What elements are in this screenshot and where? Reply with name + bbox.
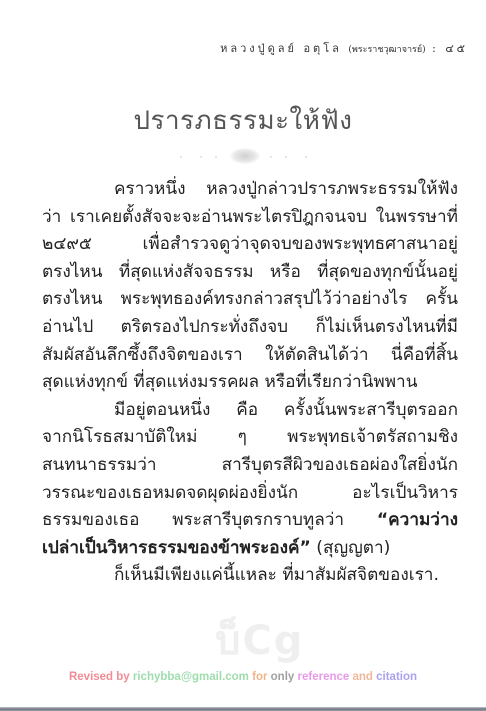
paragraph-line: สัมผัสอันลึกซึ้งถึงจิตของเรา ให้ตัดสินได… bbox=[42, 342, 458, 370]
paragraph-line: สนทนาธรรมว่า สารีบุตรสีผิวของเธอผ่องใสยิ… bbox=[42, 452, 458, 480]
paragraph-line: สุดแห่งทุกข์ ที่สุดแห่งมรรคผล หรือที่เรี… bbox=[42, 369, 458, 397]
running-title: หลวงปู่ดูลย์ อตุโล bbox=[220, 42, 342, 55]
paragraph-line: เปล่าเป็นวิหารธรรมของข้าพระองค์” (สุญญตา… bbox=[42, 535, 458, 563]
revision-credit: Revised by richybba@gmail.com for only r… bbox=[0, 671, 486, 683]
paragraph-line: ว่า เราเคยตั้งสัจจะจะอ่านพระไตรปิฎกจนจบ … bbox=[42, 204, 458, 232]
line-text: ธรรมของเธอ พระสารีบุตรกราบทูลว่า bbox=[42, 510, 377, 530]
credit-email: richybba@gmail.com bbox=[133, 671, 249, 683]
paragraph-line: จากนิโรธสมาบัติใหม่ ๆ พระพุทธเจ้าตรัสถาม… bbox=[42, 424, 458, 452]
ornament-divider-icon bbox=[170, 148, 320, 166]
paragraph-line: คราวหนึ่ง หลวงปู่กล่าวปรารภพระธรรมให้ฟัง bbox=[42, 176, 458, 204]
quote-suffix: (สุญญตา) bbox=[311, 538, 390, 558]
credit-part: reference bbox=[298, 671, 353, 683]
paragraph-line: วรรณะของเธอหมดจดผุดผ่องยิ่งนัก อะไรเป็นว… bbox=[42, 480, 458, 508]
credit-part: and bbox=[352, 671, 376, 683]
header-separator: : bbox=[426, 42, 446, 55]
watermark-logo: บ็Cg bbox=[215, 608, 285, 654]
credit-part: only bbox=[271, 671, 298, 683]
quote-text: เปล่าเป็นวิหารธรรมของข้าพระองค์” bbox=[42, 538, 311, 558]
credit-part: Revised by bbox=[69, 671, 133, 683]
paragraph-line: ตรงไหน พระพุทธองค์ทรงกล่าวสรุปไว้ว่าอย่า… bbox=[42, 286, 458, 314]
credit-part: for bbox=[249, 671, 271, 683]
running-subtitle: (พระราชวุฒาจารย์) bbox=[348, 45, 425, 55]
paragraph-line: มีอยู่ตอนหนึ่ง คือ ครั้งนั้นพระสารีบุตรอ… bbox=[42, 397, 458, 425]
paragraph-line: อ่านไป ตริตรองไปกระทั่งถึงจบ ก็ไม่เห็นตร… bbox=[42, 314, 458, 342]
body-text: คราวหนึ่ง หลวงปู่กล่าวปรารภพระธรรมให้ฟัง… bbox=[42, 176, 458, 590]
page-number: ๔๕ bbox=[445, 42, 468, 55]
chapter-title: ปรารภธรรมะให้ฟัง bbox=[0, 100, 486, 141]
paragraph-line: ตรงไหน ที่สุดแห่งสัจจธรรม หรือ ที่สุดของ… bbox=[42, 259, 458, 287]
paragraph-line: ๒๔๙๕ เพื่อสำรวจดูว่าจุดจบของพระพุทธศาสนา… bbox=[42, 231, 458, 259]
quote-start: “ความว่าง bbox=[377, 510, 458, 530]
credit-part: citation bbox=[376, 671, 417, 683]
paragraph-line: ก็เห็นมีเพียงแค่นี้แหละ ที่มาสัมผัสจิตขอ… bbox=[42, 562, 458, 590]
book-page: หลวงปู่ดูลย์ อตุโล (พระราชวุฒาจารย์) : ๔… bbox=[0, 0, 486, 707]
bottom-border bbox=[0, 707, 486, 711]
paragraph-line: ธรรมของเธอ พระสารีบุตรกราบทูลว่า “ความว่… bbox=[42, 507, 458, 535]
running-header: หลวงปู่ดูลย์ อตุโล (พระราชวุฒาจารย์) : ๔… bbox=[220, 39, 468, 57]
